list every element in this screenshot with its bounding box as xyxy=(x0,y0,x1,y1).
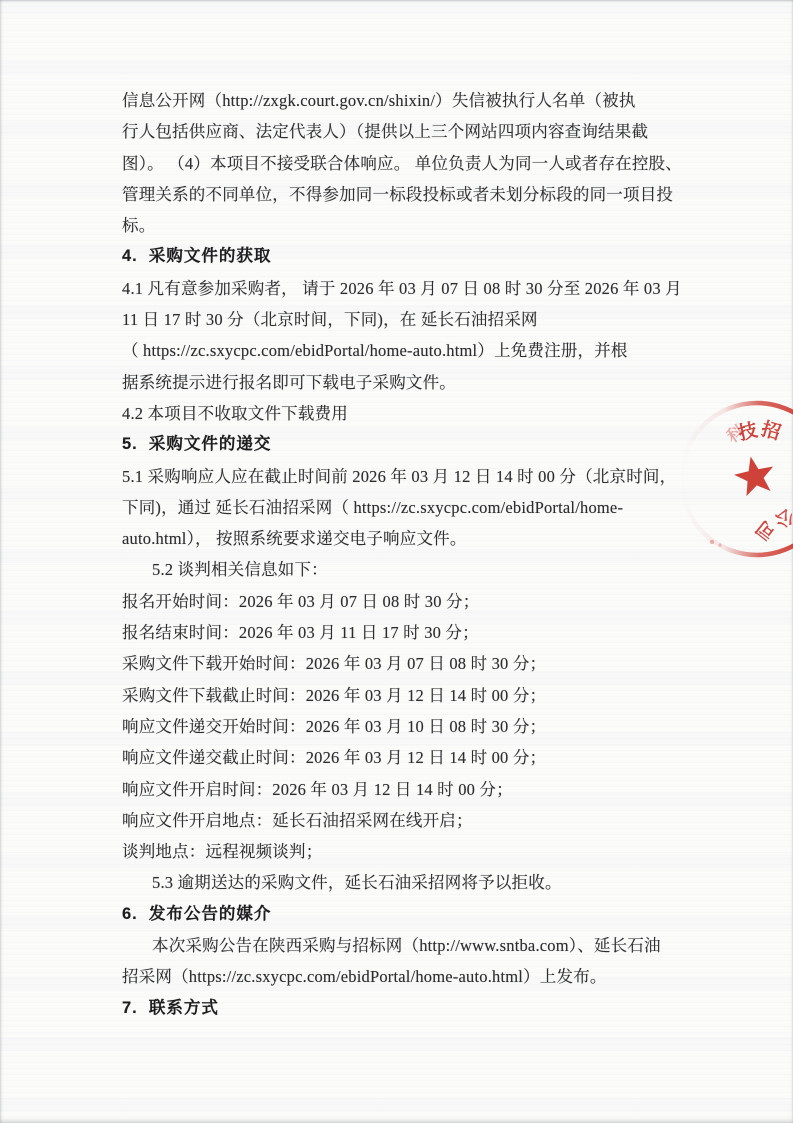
document-line: 响应文件递交开始时间：2026 年 03 月 10 日 08 时 30 分； xyxy=(122,711,702,742)
document-line: 11 日 17 时 30 分（北京时间，下同)，在 延长石油招采网 xyxy=(122,304,702,335)
seal-char-top-1: 技 xyxy=(736,418,760,445)
document-line: 响应文件开启时间：2026 年 03 月 12 日 14 时 00 分； xyxy=(122,774,702,805)
seal-char-top-partial: 科 xyxy=(723,420,749,447)
section-heading: 4. 采购文件的获取 xyxy=(122,241,702,272)
seal-ink-speck xyxy=(718,543,721,546)
seal-char-bottom-1: 司 xyxy=(752,517,778,544)
document-body: 信息公开网（http://zxgk.court.gov.cn/shixin/）失… xyxy=(122,85,702,1024)
document-line: 信息公开网（http://zxgk.court.gov.cn/shixin/）失… xyxy=(122,85,702,116)
section-heading: 7. 联系方式 xyxy=(122,993,702,1024)
document-line: 标。 xyxy=(122,210,702,241)
document-line: 管理关系的不同单位，不得参加同一标段投标或者未划分标段的同一项目投 xyxy=(122,179,702,210)
document-line: （ https://zc.sxycpc.com/ebidPortal/home-… xyxy=(122,335,702,366)
document-line: 5.3 逾期送达的采购文件，延长石油采招网将予以拒收。 xyxy=(122,867,702,898)
seal-char-bottom-2: 公 xyxy=(772,505,793,531)
document-line: 报名结束时间：2026 年 03 月 11 日 17 时 30 分； xyxy=(122,617,702,648)
document-line: 本次采购公告在陕西采购与招标网（http://www.sntba.com）、延长… xyxy=(122,930,702,961)
document-line: 据系统提示进行报名即可下载电子采购文件。 xyxy=(122,367,702,398)
section-heading: 5. 采购文件的递交 xyxy=(122,429,702,460)
section-heading: 6. 发布公告的媒介 xyxy=(122,899,702,930)
document-line: auto.html）， 按照系统要求递交电子响应文件。 xyxy=(122,523,702,554)
document-line: 行人包括供应商、法定代表人）（提供以上三个网站四项内容查询结果截 xyxy=(122,116,702,147)
document-line: 5.2 谈判相关信息如下： xyxy=(122,554,702,585)
document-line: 报名开始时间：2026 年 03 月 07 日 08 时 30 分； xyxy=(122,586,702,617)
document-line: 图）。 （4）本项目不接受联合体响应。 单位负责人为同一人或者存在控股、 xyxy=(122,148,702,179)
document-line: 4.1 凡有意参加采购者， 请于 2026 年 03 月 07 日 08 时 3… xyxy=(122,273,702,304)
star-icon xyxy=(731,452,778,497)
document-page: 信息公开网（http://zxgk.court.gov.cn/shixin/）失… xyxy=(0,0,793,1123)
document-line: 响应文件递交截止时间：2026 年 03 月 12 日 14 时 00 分； xyxy=(122,742,702,773)
document-line: 响应文件开启地点：延长石油招采网在线开启； xyxy=(122,805,702,836)
document-line: 采购文件下载截止时间：2026 年 03 月 12 日 14 时 00 分； xyxy=(122,680,702,711)
document-line: 招采网（https://zc.sxycpc.com/ebidPortal/hom… xyxy=(122,961,702,992)
seal-ink-speck xyxy=(710,540,714,544)
document-line: 5.1 采购响应人应在截止时间前 2026 年 03 月 12 日 14 时 0… xyxy=(122,461,702,492)
document-line: 采购文件下载开始时间：2026 年 03 月 07 日 08 时 30 分； xyxy=(122,648,702,679)
document-line: 谈判地点：远程视频谈判； xyxy=(122,836,702,867)
seal-char-top-2: 招 xyxy=(759,417,784,444)
document-line: 4.2 本项目不收取文件下载费用 xyxy=(122,398,702,429)
document-line: 下同)，通过 延长石油招采网（ https://zc.sxycpc.com/eb… xyxy=(122,492,702,523)
